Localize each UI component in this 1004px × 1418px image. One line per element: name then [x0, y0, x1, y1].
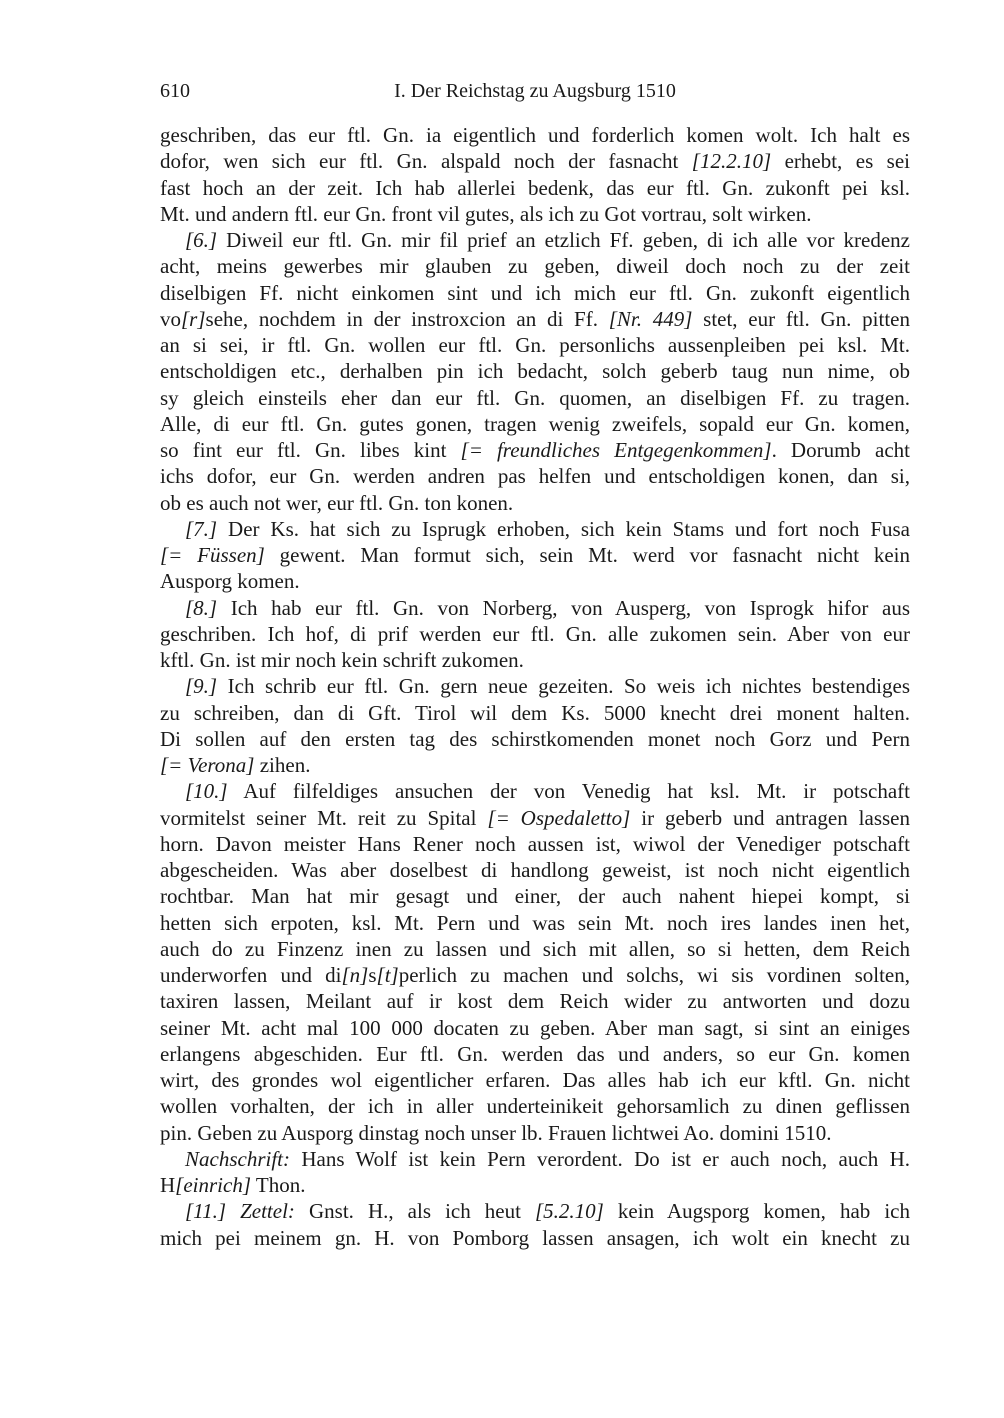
editorial-annotation: [n] — [341, 963, 368, 987]
text-line: [10.] Auf filfeldiges ansuchen der von V… — [160, 778, 910, 804]
text-segment: . Dorumb acht — [772, 438, 910, 462]
text-segment: Ich hab eur ftl. Gn. von Norberg, von Au… — [217, 596, 910, 620]
text-segment: geschriben, das eur ftl. Gn. ia eigentli… — [160, 123, 910, 147]
text-segment: diselbigen Ff. nicht einkomen sint und i… — [160, 281, 910, 305]
editorial-annotation: [11.] Zettel: — [185, 1199, 295, 1223]
text-segment: rochtbar. Man hat mir gesagt und einer, … — [160, 884, 910, 908]
text-segment: Diweil eur ftl. Gn. mir fil prief an etz… — [217, 228, 910, 252]
editorial-annotation: [= Ospedaletto] — [487, 806, 630, 830]
text-segment: Thon. — [251, 1173, 305, 1197]
text-line: hetten sich erpoten, ksl. Mt. Pern und w… — [160, 910, 910, 936]
text-segment: horn. Davon meister Hans Rener noch auss… — [160, 832, 910, 856]
text-segment: mich pei meinem gn. H. von Pomborg lasse… — [160, 1226, 910, 1250]
text-line: dofor, wen sich eur ftl. Gn. alspald noc… — [160, 148, 910, 174]
text-segment: vo — [160, 307, 181, 331]
text-segment: Mt. und andern ftl. eur Gn. front vil gu… — [160, 202, 811, 226]
text-line: so fint eur ftl. Gn. libes kint [= freun… — [160, 437, 910, 463]
text-line: [11.] Zettel: Gnst. H., als ich heut [5.… — [160, 1198, 910, 1224]
text-segment: Ausporg komen. — [160, 569, 300, 593]
text-segment: s — [368, 963, 376, 987]
editorial-annotation: [6.] — [185, 228, 217, 252]
text-segment: Hans Wolf ist kein Pern verordent. Do is… — [290, 1147, 910, 1171]
editorial-annotation: [einrich] — [175, 1173, 251, 1197]
text-line: entscholdigen etc., derhalben pin ich be… — [160, 358, 910, 384]
text-line: geschriben, das eur ftl. Gn. ia eigentli… — [160, 122, 910, 148]
editorial-annotation: [= freundliches Entgegenkommen] — [461, 438, 772, 462]
body-text: geschriben, das eur ftl. Gn. ia eigentli… — [160, 122, 910, 1251]
text-segment: seiner Mt. acht mal 100 000 docaten zu g… — [160, 1016, 910, 1040]
text-line: fast hoch an der zeit. Ich hab allerlei … — [160, 175, 910, 201]
text-line: acht, meins gewerbes mir glauben zu gebe… — [160, 253, 910, 279]
editorial-annotation: [t] — [377, 963, 399, 987]
text-line: erlangens abgeschiden. Eur ftl. Gn. werd… — [160, 1041, 910, 1067]
text-segment: Alle, di eur ftl. Gn. gutes gonen, trage… — [160, 412, 910, 436]
text-segment: H — [160, 1173, 175, 1197]
text-segment: ichs dofor, eur Gn. werden andren pas he… — [160, 464, 910, 488]
text-line: Nachschrift: Hans Wolf ist kein Pern ver… — [160, 1146, 910, 1172]
text-line: kftl. Gn. ist mir noch kein schrift zuko… — [160, 647, 910, 673]
text-line: diselbigen Ff. nicht einkomen sint und i… — [160, 280, 910, 306]
text-line: Ausporg komen. — [160, 568, 910, 594]
text-line: vormitelst seiner Mt. reit zu Spital [= … — [160, 805, 910, 831]
text-line: [8.] Ich hab eur ftl. Gn. von Norberg, v… — [160, 595, 910, 621]
text-line: taxiren lassen, Meilant auf ir kost dem … — [160, 988, 910, 1014]
text-line: geschriben. Ich hof, di prif werden eur … — [160, 621, 910, 647]
text-line: [6.] Diweil eur ftl. Gn. mir fil prief a… — [160, 227, 910, 253]
text-segment: so fint eur ftl. Gn. libes kint — [160, 438, 461, 462]
text-segment: sehe, nochdem in der instroxcion an di F… — [206, 307, 609, 331]
text-segment: entscholdigen etc., derhalben pin ich be… — [160, 359, 910, 383]
text-segment: Gnst. H., als ich heut — [295, 1199, 535, 1223]
text-segment: kein Augsporg komen, hab ich — [604, 1199, 910, 1223]
text-segment: Der Ks. hat sich zu Isprugk erhoben, sic… — [217, 517, 910, 541]
text-line: H[einrich] Thon. — [160, 1172, 910, 1198]
text-line: rochtbar. Man hat mir gesagt und einer, … — [160, 883, 910, 909]
running-title: I. Der Reichstag zu Augsburg 1510 — [160, 80, 910, 103]
text-segment: ir geberb und antragen lassen — [630, 806, 910, 830]
text-line: zu schreiben, dan di Gft. Tirol wil dem … — [160, 700, 910, 726]
text-segment: stet, eur ftl. Gn. pitten — [692, 307, 910, 331]
text-line: abgescheiden. Was aber doselbest di hand… — [160, 857, 910, 883]
text-segment: abgescheiden. Was aber doselbest di hand… — [160, 858, 910, 882]
editorial-annotation: [12.2.10] — [692, 149, 771, 173]
text-segment: zihen. — [254, 753, 310, 777]
text-segment: acht, meins gewerbes mir glauben zu gebe… — [160, 254, 910, 278]
text-segment: Ich schrib eur ftl. Gn. gern neue gezeit… — [217, 674, 910, 698]
text-segment: kftl. Gn. ist mir noch kein schrift zuko… — [160, 648, 524, 672]
text-line: ob es auch not wer, eur ftl. Gn. ton kon… — [160, 490, 910, 516]
text-segment: underworfen und di — [160, 963, 341, 987]
text-segment: perlich zu machen und solchs, wi sis vor… — [399, 963, 910, 987]
page-header: 610 I. Der Reichstag zu Augsburg 1510 — [160, 80, 910, 106]
editorial-annotation: [5.2.10] — [535, 1199, 604, 1223]
text-segment: Auf filfeldiges ansuchen der von Venedig… — [228, 779, 910, 803]
text-line: ichs dofor, eur Gn. werden andren pas he… — [160, 463, 910, 489]
text-segment: geschriben. Ich hof, di prif werden eur … — [160, 622, 910, 646]
text-line: pin. Geben zu Ausporg dinstag noch unser… — [160, 1120, 910, 1146]
text-line: seiner Mt. acht mal 100 000 docaten zu g… — [160, 1015, 910, 1041]
text-segment: hetten sich erpoten, ksl. Mt. Pern und w… — [160, 911, 910, 935]
text-line: [= Verona] zihen. — [160, 752, 910, 778]
text-segment: dofor, wen sich eur ftl. Gn. alspald noc… — [160, 149, 692, 173]
text-line: Mt. und andern ftl. eur Gn. front vil gu… — [160, 201, 910, 227]
text-line: an si sei, ir ftl. Gn. wollen eur ftl. G… — [160, 332, 910, 358]
text-line: auch do zu Finzenz inen zu lassen und si… — [160, 936, 910, 962]
document-page: 610 I. Der Reichstag zu Augsburg 1510 ge… — [0, 0, 1004, 1418]
text-line: [= Füssen] gewent. Man formut sich, sein… — [160, 542, 910, 568]
text-segment: zu schreiben, dan di Gft. Tirol wil dem … — [160, 701, 910, 725]
text-segment: taxiren lassen, Meilant auf ir kost dem … — [160, 989, 910, 1013]
text-segment: wirt, des grondes wol eigentlicher erfar… — [160, 1068, 910, 1092]
editorial-annotation: [9.] — [185, 674, 217, 698]
text-line: horn. Davon meister Hans Rener noch auss… — [160, 831, 910, 857]
text-segment: wollen vorhalten, der ich in aller under… — [160, 1094, 910, 1118]
editorial-annotation: Nachschrift: — [185, 1147, 290, 1171]
text-segment: pin. Geben zu Ausporg dinstag noch unser… — [160, 1121, 832, 1145]
editorial-annotation: [= Verona] — [160, 753, 254, 777]
text-segment: erlangens abgeschiden. Eur ftl. Gn. werd… — [160, 1042, 910, 1066]
text-line: Di sollen auf den ersten tag des schirst… — [160, 726, 910, 752]
editorial-annotation: [r] — [181, 307, 206, 331]
text-segment: gewent. Man formut sich, sein Mt. werd v… — [265, 543, 910, 567]
text-line: [7.] Der Ks. hat sich zu Isprugk erhoben… — [160, 516, 910, 542]
text-line: wirt, des grondes wol eigentlicher erfar… — [160, 1067, 910, 1093]
text-line: [9.] Ich schrib eur ftl. Gn. gern neue g… — [160, 673, 910, 699]
text-segment: sy gleich einsteils eher dan eur ftl. Gn… — [160, 386, 910, 410]
editorial-annotation: [10.] — [185, 779, 228, 803]
text-segment: auch do zu Finzenz inen zu lassen und si… — [160, 937, 910, 961]
text-line: wollen vorhalten, der ich in aller under… — [160, 1093, 910, 1119]
text-line: sy gleich einsteils eher dan eur ftl. Gn… — [160, 385, 910, 411]
text-segment: an si sei, ir ftl. Gn. wollen eur ftl. G… — [160, 333, 910, 357]
editorial-annotation: [= Füssen] — [160, 543, 265, 567]
text-segment: erhebt, es sei — [771, 149, 910, 173]
text-segment: ob es auch not wer, eur ftl. Gn. ton kon… — [160, 491, 513, 515]
text-line: vo[r]sehe, nochdem in der instroxcion an… — [160, 306, 910, 332]
editorial-annotation: [7.] — [185, 517, 217, 541]
text-line: underworfen und di[n]s[t]perlich zu mach… — [160, 962, 910, 988]
editorial-annotation: [8.] — [185, 596, 217, 620]
text-line: mich pei meinem gn. H. von Pomborg lasse… — [160, 1225, 910, 1251]
editorial-annotation: [Nr. 449] — [609, 307, 693, 331]
text-segment: fast hoch an der zeit. Ich hab allerlei … — [160, 176, 910, 200]
text-segment: Di sollen auf den ersten tag des schirst… — [160, 727, 910, 751]
text-segment: vormitelst seiner Mt. reit zu Spital — [160, 806, 487, 830]
text-line: Alle, di eur ftl. Gn. gutes gonen, trage… — [160, 411, 910, 437]
